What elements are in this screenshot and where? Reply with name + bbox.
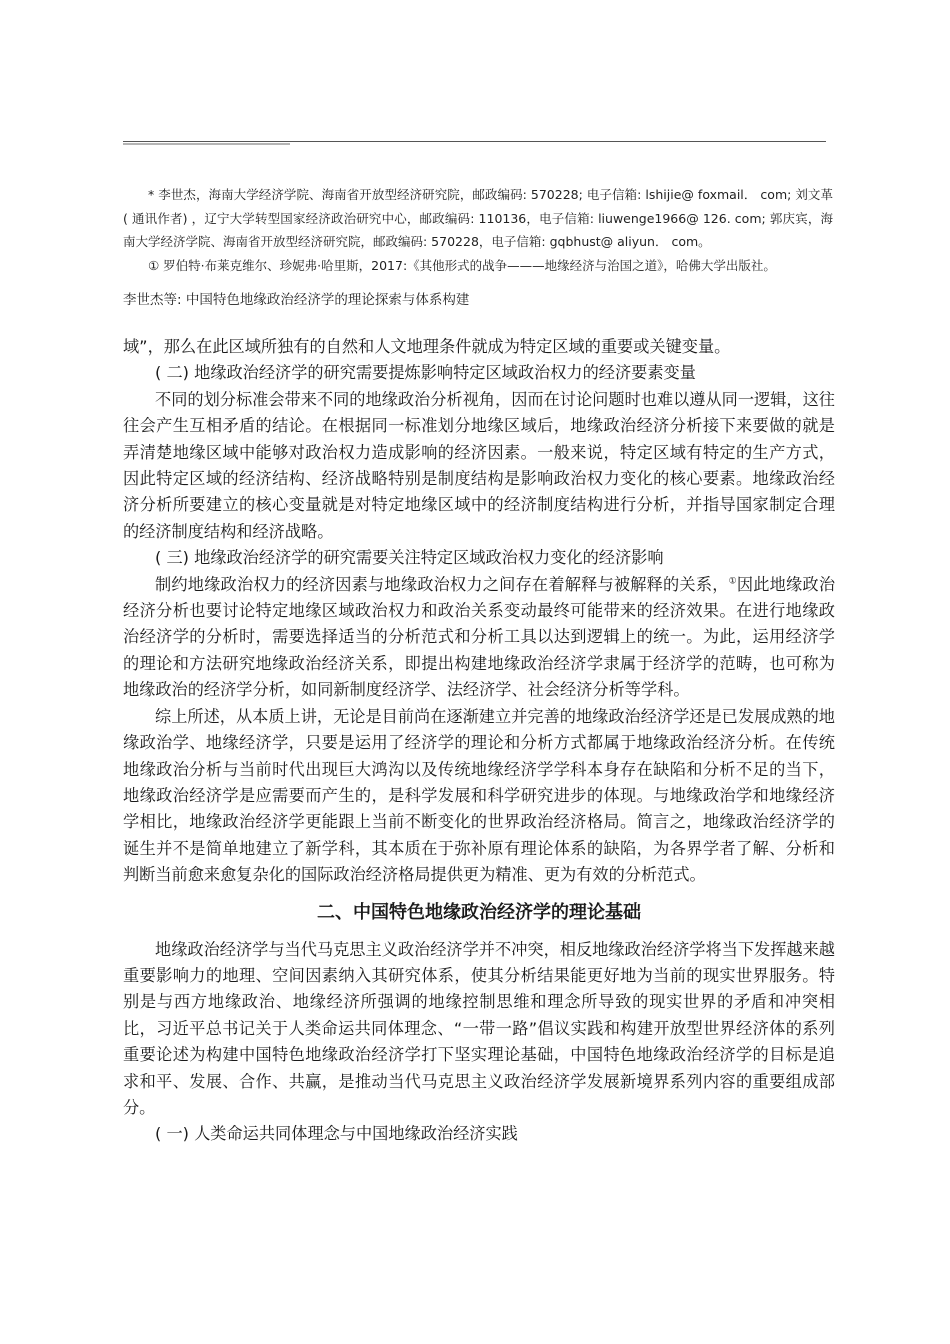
paragraph: 综上所述，从本质上讲，无论是目前尚在逐渐建立并完善的地缘政治经济学还是已发展成熟… <box>123 704 835 889</box>
subsection-heading-3: ( 三) 地缘政治经济学的研究需要关注特定区域政治权力变化的经济影响 <box>123 545 835 571</box>
running-head: 李世杰等: 中国特色地缘政治经济学的理论探索与体系构建 <box>123 288 469 308</box>
article-body: 域”，那么在此区域所独有的自然和人文地理条件就成为特定区域的重要或关键变量。 (… <box>123 334 835 1148</box>
paragraph: 地缘政治经济学与当代马克思主义政治经济学并不冲突，相反地缘政治经济学将当下发挥越… <box>123 937 835 1122</box>
footnote-ref-1[interactable]: ① <box>729 576 737 586</box>
paragraph-continued: 域”，那么在此区域所独有的自然和人文地理条件就成为特定区域的重要或关键变量。 <box>123 334 835 360</box>
paragraph-text: 制约地缘政治权力的经济因素与地缘政治权力之间存在着解释与被解释的关系， <box>155 575 729 594</box>
reference-footnote-1: ① 罗伯特·布莱克维尔、珍妮弗·哈里斯，2017:《其他形式的战争———地缘经济… <box>123 254 833 278</box>
author-footnote: * 李世杰，海南大学经济学院、海南省开放型经济研究院，邮政编码: 570228;… <box>123 183 833 254</box>
subsection-heading-s2-1: ( 一) 人类命运共同体理念与中国地缘政治经济实践 <box>123 1121 835 1147</box>
subsection-heading-2: ( 二) 地缘政治经济学的研究需要提炼影响特定区域政治权力的经济要素变量 <box>123 360 835 386</box>
paragraph: 不同的划分标准会带来不同的地缘政治分析视角，因而在讨论问题时也难以遵从同一逻辑，… <box>123 387 835 545</box>
header-rule <box>123 141 826 142</box>
section-heading: 二、中国特色地缘政治经济学的理论基础 <box>123 899 835 927</box>
footnote-separator <box>123 143 290 145</box>
paragraph: 制约地缘政治权力的经济因素与地缘政治权力之间存在着解释与被解释的关系，①因此地缘… <box>123 572 835 704</box>
footnotes: * 李世杰，海南大学经济学院、海南省开放型经济研究院，邮政编码: 570228;… <box>123 183 833 277</box>
